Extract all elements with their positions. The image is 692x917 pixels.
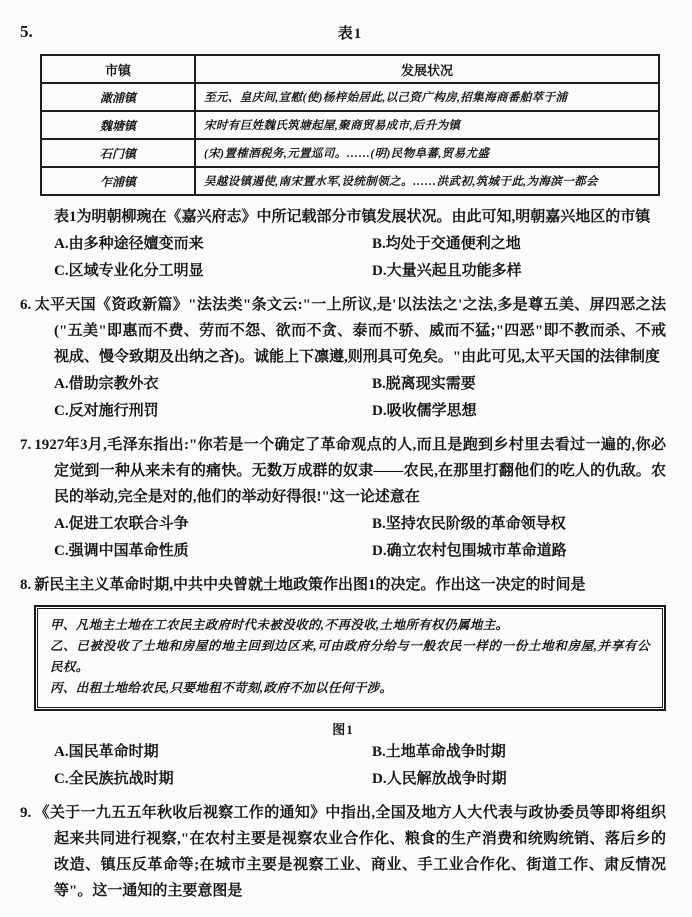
table-row: 魏塘镇 宋时有巨姓魏氏筑塘起屋,聚商贸易成市,后升为镇 xyxy=(41,111,659,139)
exam-page: 5. 表1 市镇 发展状况 澉浦镇 至元、皇庆间,宣慰(使)杨梓始居此,以己资广… xyxy=(0,0,692,917)
option-a: A.国民革命时期 xyxy=(54,739,372,766)
option-d: D.吸收儒学思想 xyxy=(372,398,666,425)
option-a: A.借助宗教外衣 xyxy=(54,371,372,398)
question-number: 5. xyxy=(20,22,33,41)
option-d: D.确立农村包围城市革命道路 xyxy=(372,538,666,565)
question-5: 5. 表1 市镇 发展状况 澉浦镇 至元、皇庆间,宣慰(使)杨梓始居此,以己资广… xyxy=(20,22,666,285)
question-number: 9. xyxy=(20,805,31,821)
option-c: C.区域专业化分工明显 xyxy=(54,258,372,285)
question-6: 6.太平天国《资政新篇》"法法类"条文云:"一上所议,是'以法法之'之法,多是尊… xyxy=(20,292,666,425)
question-number: 7. xyxy=(20,437,31,453)
option-b: B.坚持农民阶级的革命领导权 xyxy=(372,511,666,538)
question-stem: 6.太平天国《资政新篇》"法法类"条文云:"一上所议,是'以法法之'之法,多是尊… xyxy=(20,292,666,370)
option-c: C.全民族抗战时期 xyxy=(54,766,372,793)
col-header-status: 发展状况 xyxy=(195,55,659,83)
town-status: 吴越设镇遏使,南宋置水军,设统制领之。……洪武初,筑城于此,为海滨一都会 xyxy=(195,167,659,195)
table-row: 澉浦镇 至元、皇庆间,宣慰(使)杨梓始居此,以己资广构房,招集海商番舶萃于浦 xyxy=(41,83,659,111)
option-d: D.人民解放战争时期 xyxy=(372,766,666,793)
question-text: 太平天国《资政新篇》"法法类"条文云:"一上所议,是'以法法之'之法,多是尊五美… xyxy=(34,297,666,365)
question-text: 1927年3月,毛泽东指出:"你若是一个确定了革命观点的人,而且是跑到乡村里去看… xyxy=(34,437,666,505)
question-8: 8.新民主主义革命时期,中共中央曾就土地政策作出图1的决定。作出这一决定的时间是… xyxy=(20,572,666,793)
options-q7: A.促进工农联合斗争 B.坚持农民阶级的革命领导权 C.强调中国革命性质 D.确… xyxy=(54,511,666,565)
question-stem: 8.新民主主义革命时期,中共中央曾就土地政策作出图1的决定。作出这一决定的时间是 xyxy=(20,572,666,598)
town-name: 石门镇 xyxy=(41,139,195,167)
question-stem: 表1为明朝柳琬在《嘉兴府志》中所记载部分市镇发展状况。由此可知,明朝嘉兴地区的市… xyxy=(54,204,666,230)
question-text: 《关于一九五五年秋收后视察工作的通知》中指出,全国及地方人大代表与政协委员等即将… xyxy=(34,805,666,899)
table-row: 石门镇 (宋)置榷酒税务,元置巡司。……(明)民物阜蕃,贸易尤盛 xyxy=(41,139,659,167)
question-9: 9.《关于一九五五年秋收后视察工作的通知》中指出,全国及地方人大代表与政协委员等… xyxy=(20,800,666,904)
figure-caption: 图1 xyxy=(20,719,666,738)
town-status: (宋)置榷酒税务,元置巡司。……(明)民物阜蕃,贸易尤盛 xyxy=(195,139,659,167)
option-a: A.促进工农联合斗争 xyxy=(54,511,372,538)
options-q5: A.由多种途径嬗变而来 B.均处于交通便利之地 C.区域专业化分工明显 D.大量… xyxy=(54,231,666,285)
policy-line-jia: 甲、凡地主土地在工农民主政府时代未被没收的,不再没收,土地所有权仍属地主。 xyxy=(50,615,650,636)
option-c: C.强调中国革命性质 xyxy=(54,538,372,565)
col-header-town: 市镇 xyxy=(41,55,195,83)
question-number: 6. xyxy=(20,297,31,313)
table-title: 表1 xyxy=(40,22,660,43)
question-7: 7.1927年3月,毛泽东指出:"你若是一个确定了革命观点的人,而且是跑到乡村里… xyxy=(20,432,666,565)
town-name: 澉浦镇 xyxy=(41,83,195,111)
policy-line-bing: 丙、出租土地给农民,只要地租不苛刻,政府不加以任何干涉。 xyxy=(50,678,650,699)
question-5-header: 5. 表1 xyxy=(20,22,666,48)
town-status: 至元、皇庆间,宣慰(使)杨梓始居此,以己资广构房,招集海商番舶萃于浦 xyxy=(195,83,659,111)
town-name: 乍浦镇 xyxy=(41,167,195,195)
town-status: 宋时有巨姓魏氏筑塘起屋,聚商贸易成市,后升为镇 xyxy=(195,111,659,139)
land-policy-figure-box: 甲、凡地主土地在工农民主政府时代未被没收的,不再没收,土地所有权仍属地主。 乙、… xyxy=(35,606,665,710)
table-row: 乍浦镇 吴越设镇遏使,南宋置水军,设统制领之。……洪武初,筑城于此,为海滨一都会 xyxy=(41,167,659,195)
question-text: 新民主主义革命时期,中共中央曾就土地政策作出图1的决定。作出这一决定的时间是 xyxy=(34,577,585,593)
options-q8: A.国民革命时期 B.土地革命战争时期 C.全民族抗战时期 D.人民解放战争时期 xyxy=(54,739,666,793)
question-stem: 9.《关于一九五五年秋收后视察工作的通知》中指出,全国及地方人大代表与政协委员等… xyxy=(20,800,666,904)
options-q6: A.借助宗教外衣 B.脱离现实需要 C.反对施行刑罚 D.吸收儒学思想 xyxy=(54,371,666,425)
policy-line-yi: 乙、已被没收了土地和房屋的地主回到边区来,可由政府分给与一般农民一样的一份土地和… xyxy=(50,636,650,678)
option-b: B.均处于交通便利之地 xyxy=(372,231,666,258)
town-name: 魏塘镇 xyxy=(41,111,195,139)
option-c: C.反对施行刑罚 xyxy=(54,398,372,425)
option-d: D.大量兴起且功能多样 xyxy=(372,258,666,285)
town-development-table: 市镇 发展状况 澉浦镇 至元、皇庆间,宣慰(使)杨梓始居此,以己资广构房,招集海… xyxy=(40,54,660,196)
option-a: A.由多种途径嬗变而来 xyxy=(54,231,372,258)
question-number: 8. xyxy=(20,577,31,593)
option-b: B.土地革命战争时期 xyxy=(372,739,666,766)
option-b: B.脱离现实需要 xyxy=(372,371,666,398)
question-stem: 7.1927年3月,毛泽东指出:"你若是一个确定了革命观点的人,而且是跑到乡村里… xyxy=(20,432,666,510)
table-header-row: 市镇 发展状况 xyxy=(41,55,659,83)
